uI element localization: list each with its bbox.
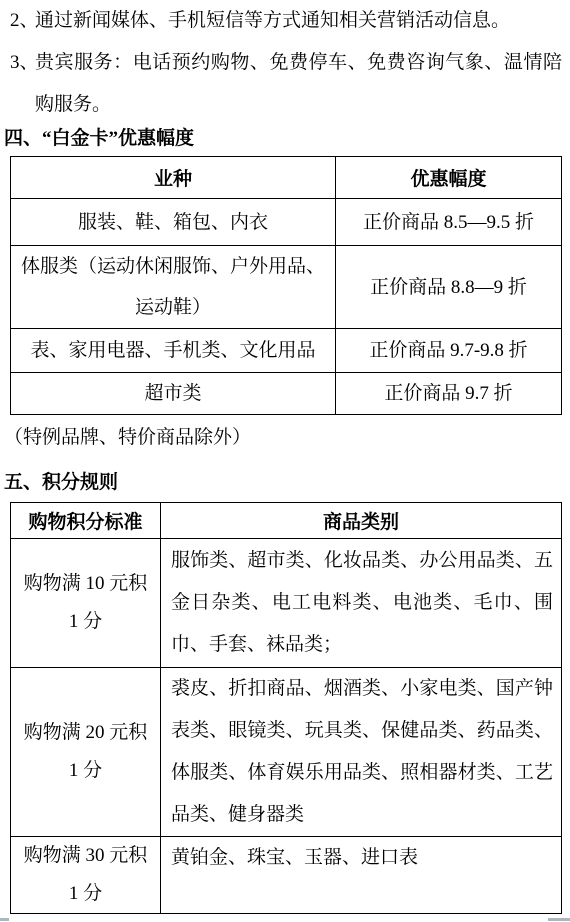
table-row: 超市类 正价商品 9.7 折 [11, 373, 562, 415]
list-item: 3、 贵宾服务：电话预约购物、免费停车、免费咨询气象、温情陪购服务。 [10, 42, 562, 126]
goods-category-cell: 裘皮、折扣商品、烟酒类、小家电类、国产钟表类、眼镜类、玩具类、保健品类、药品类、… [161, 668, 562, 837]
discount-cell: 正价商品 8.5—9.5 折 [336, 199, 562, 246]
discount-cell: 正价商品 9.7-9.8 折 [336, 329, 562, 373]
category-cell: 体服类（运动休闲服饰、户外用品、运动鞋） [11, 246, 336, 329]
points-standard-cell: 购物满 30 元积 1 分 [11, 837, 161, 914]
discount-cell: 正价商品 8.8—9 折 [336, 246, 562, 329]
document-page: 2、 通过新闻媒体、手机短信等方式通知相关营销活动信息。 3、 贵宾服务：电话预… [0, 0, 570, 914]
header-cell-goods-category: 商品类别 [161, 503, 562, 539]
points-standard-cell: 购物满 20 元积 1 分 [11, 668, 161, 837]
table-row: 体服类（运动休闲服饰、户外用品、运动鞋） 正价商品 8.8—9 折 [11, 246, 562, 329]
table-row: 购物满 20 元积 1 分 裘皮、折扣商品、烟酒类、小家电类、国产钟表类、眼镜类… [11, 668, 562, 837]
category-cell: 服装、鞋、箱包、内衣 [11, 199, 336, 246]
table-row: 服装、鞋、箱包、内衣 正价商品 8.5—9.5 折 [11, 199, 562, 246]
section4-heading: 四、“白金卡”优惠幅度 [4, 126, 562, 152]
table-row: 表、家用电器、手机类、文化用品 正价商品 9.7-9.8 折 [11, 329, 562, 373]
page-edge-artifact-left [0, 918, 9, 921]
table-row: 购物满 30 元积 1 分 黄铂金、珠宝、玉器、进口表 [11, 837, 562, 914]
category-cell: 超市类 [11, 373, 336, 415]
goods-category-cell: 黄铂金、珠宝、玉器、进口表 [161, 837, 562, 914]
list-item: 2、 通过新闻媒体、手机短信等方式通知相关营销活动信息。 [10, 0, 562, 42]
list-item-text: 通过新闻媒体、手机短信等方式通知相关营销活动信息。 [35, 0, 562, 42]
points-table: 购物积分标准 商品类别 购物满 10 元积 1 分 服饰类、超市类、化妆品类、办… [10, 502, 562, 914]
list-item-number: 3、 [10, 42, 35, 126]
page-edge-artifact-right [548, 918, 570, 921]
table-header-row: 业种 优惠幅度 [11, 157, 562, 199]
header-cell-category: 业种 [11, 157, 336, 199]
discount-table: 业种 优惠幅度 服装、鞋、箱包、内衣 正价商品 8.5—9.5 折 体服类（运动… [10, 156, 562, 415]
category-cell: 表、家用电器、手机类、文化用品 [11, 329, 336, 373]
discount-cell: 正价商品 9.7 折 [336, 373, 562, 415]
exclusion-note: （特例品牌、特价商品除外） [4, 425, 562, 451]
points-standard-cell: 购物满 10 元积 1 分 [11, 539, 161, 668]
table-row: 购物满 10 元积 1 分 服饰类、超市类、化妆品类、办公用品类、五金日杂类、电… [11, 539, 562, 668]
section5-heading: 五、积分规则 [4, 470, 562, 496]
header-cell-points-standard: 购物积分标准 [11, 503, 161, 539]
goods-category-cell: 服饰类、超市类、化妆品类、办公用品类、五金日杂类、电工电料类、电池类、毛巾、围巾… [161, 539, 562, 668]
list-item-number: 2、 [10, 0, 35, 42]
header-cell-discount: 优惠幅度 [336, 157, 562, 199]
list-item-text: 贵宾服务：电话预约购物、免费停车、免费咨询气象、温情陪购服务。 [35, 42, 562, 126]
table-header-row: 购物积分标准 商品类别 [11, 503, 562, 539]
